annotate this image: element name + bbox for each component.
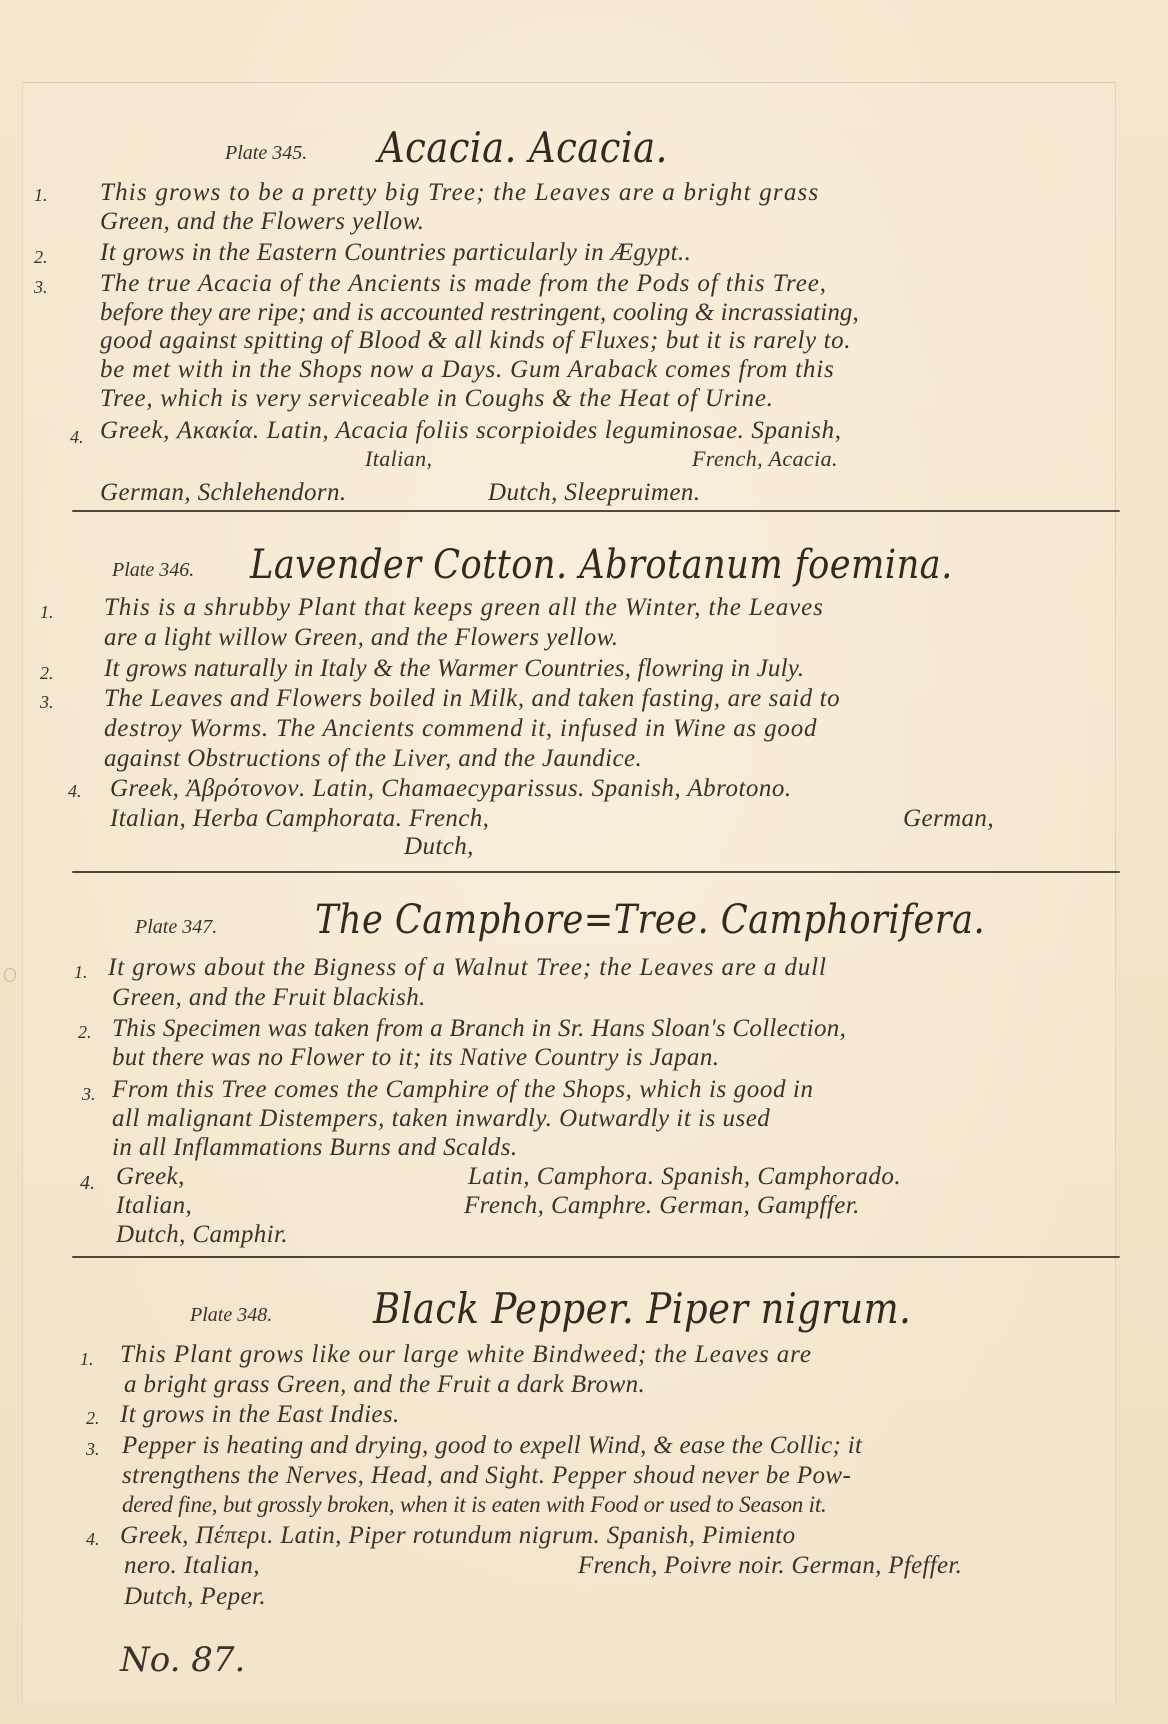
dutch-name: Dutch, Peper. [124, 1584, 266, 1609]
section-divider [72, 1256, 1120, 1258]
plate-label: Plate 347. [135, 917, 217, 937]
latin-spanish-names: Latin, Camphora. Spanish, Camphorado. [468, 1164, 901, 1189]
dutch-name: Dutch, Sleepruimen. [488, 480, 700, 505]
section-divider [72, 871, 1120, 873]
text-line: are a light willow Green, and the Flower… [104, 625, 618, 650]
italian-name: Italian, Herba Camphorata. French, [110, 806, 489, 831]
item-number-4: 4. [80, 1173, 95, 1193]
greek-name: Greek, [116, 1164, 185, 1189]
herbal-page: Plate 345. Acacia. Acacia. 1. This grows… [0, 0, 1168, 1724]
plate-label: Plate 346. [112, 560, 194, 580]
german-name: German, [903, 806, 994, 831]
item-number: 1. [74, 963, 88, 981]
plate-title: Black Pepper. Piper nigrum. [373, 1288, 911, 1330]
page-signature: No. 87. [120, 1640, 245, 1680]
item-number: 2. [40, 664, 54, 682]
text-line: be met with in the Shops now a Days. Gum… [100, 357, 834, 382]
italian-name: nero. Italian, [124, 1553, 260, 1578]
item-number: 3. [40, 693, 54, 711]
text-line: Greek, Πέπερι. Latin, Piper rotundum nig… [120, 1523, 795, 1548]
french-german-names: French, Poivre noir. German, Pfeffer. [578, 1553, 962, 1578]
text-line: The true Acacia of the Ancients is made … [100, 271, 827, 296]
text-line: against Obstructions of the Liver, and t… [104, 746, 642, 771]
french-german-names: French, Camphre. German, Gampffer. [464, 1193, 860, 1218]
plate-title: Lavender Cotton. Abrotanum foemina. [250, 545, 953, 585]
text-line: Green, and the Fruit blackish. [112, 985, 426, 1010]
text-line: all malignant Distempers, taken inwardly… [112, 1106, 770, 1131]
text-line: The Leaves and Flowers boiled in Milk, a… [104, 686, 840, 711]
item-number: 3. [34, 278, 48, 296]
plate-label: Plate 348. [190, 1305, 272, 1325]
text-line: in all Inflammations Burns and Scalds. [112, 1135, 517, 1160]
item-number: 1. [34, 186, 48, 204]
text-line: Pepper is heating and drying, good to ex… [122, 1433, 862, 1458]
text-line: It grows naturally in Italy & the Warmer… [104, 656, 804, 681]
text-line: This is a shrubby Plant that keeps green… [104, 595, 824, 620]
italian-name: Italian, [365, 448, 432, 470]
item-number: 2. [34, 248, 48, 266]
item-number: 4. [68, 782, 82, 800]
text-line: It grows in the Eastern Countries partic… [100, 240, 691, 265]
item-number: 4. [86, 1530, 100, 1548]
french-name: French, Acacia. [692, 448, 838, 470]
text-line: Greek, Ακακία. Latin, Acacia foliis scor… [100, 418, 842, 443]
plate-title: The Camphore=Tree. Camphorifera. [315, 900, 985, 940]
dutch-name: Dutch, Camphir. [116, 1222, 288, 1247]
text-line: It grows about the Bigness of a Walnut T… [108, 955, 827, 980]
text-line: but there was no Flower to it; its Nativ… [112, 1045, 719, 1070]
item-number: 3. [86, 1440, 100, 1458]
dutch-name: Dutch, [404, 834, 474, 859]
text-line: dered fine, but grossly broken, when it … [122, 1493, 827, 1516]
section-divider [72, 510, 1120, 512]
text-line: It grows in the East Indies. [120, 1402, 400, 1427]
plate-label: Plate 345. [225, 143, 307, 163]
text-line: From this Tree comes the Camphire of the… [112, 1077, 814, 1102]
item-number: 2. [86, 1409, 100, 1427]
text-line: good against spitting of Blood & all kin… [100, 328, 851, 353]
text-line: This Plant grows like our large white Bi… [120, 1342, 812, 1367]
item-number: 3. [82, 1085, 96, 1103]
text-line: Green, and the Flowers yellow. [100, 209, 424, 234]
german-name: German, Schlehendorn. [100, 480, 347, 505]
text-line: This grows to be a pretty big Tree; the … [100, 180, 819, 205]
item-number: 1. [80, 1350, 94, 1368]
text-line: before they are ripe; and is accounted r… [100, 300, 859, 325]
plate-title: Acacia. Acacia. [378, 127, 668, 169]
item-number: 1. [40, 603, 54, 621]
text-line: Tree, which is very serviceable in Cough… [100, 386, 774, 411]
text-line: This Specimen was taken from a Branch in… [112, 1016, 846, 1041]
item-number: 2. [78, 1023, 92, 1041]
text-line: destroy Worms. The Ancients commend it, … [104, 716, 817, 741]
text-line: a bright grass Green, and the Fruit a da… [124, 1372, 645, 1397]
text-line: Greek, Ἀβρότονον. Latin, Chamaecyparissu… [110, 776, 792, 801]
paper-mark [4, 968, 16, 982]
italian-name: Italian, [116, 1193, 192, 1218]
text-line: strengthens the Nerves, Head, and Sight.… [122, 1463, 851, 1488]
item-number: 4. [70, 428, 84, 446]
